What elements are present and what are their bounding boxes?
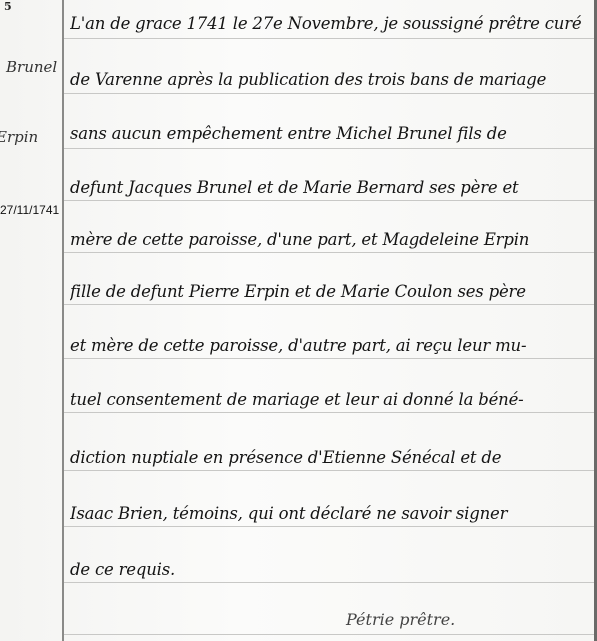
margin-groom-name: Brunel	[6, 58, 57, 76]
ruled-line	[64, 93, 594, 94]
priest-signature: Pétrie prêtre.	[346, 610, 455, 629]
text-line: defunt Jacques Brunel et de Marie Bernar…	[70, 178, 590, 197]
margin-bride-name: Erpin	[0, 128, 38, 146]
margin-rule	[62, 0, 64, 641]
ruled-line	[64, 470, 594, 471]
ruled-line	[64, 358, 594, 359]
text-line: fille de defunt Pierre Erpin et de Marie…	[70, 282, 590, 301]
ruled-line	[64, 634, 594, 635]
ruled-line	[64, 252, 594, 253]
text-line: Isaac Brien, témoins, qui ont déclaré ne…	[70, 504, 590, 523]
ruled-line	[64, 200, 594, 201]
ruled-line	[64, 304, 594, 305]
text-line: tuel consentement de mariage et leur ai …	[70, 390, 590, 409]
text-line: sans aucun empêchement entre Michel Brun…	[70, 124, 590, 143]
text-line: diction nuptiale en présence d'Etienne S…	[70, 448, 590, 467]
text-line: de ce requis.	[70, 560, 590, 579]
ruled-line	[64, 412, 594, 413]
record-date-label: 27/11/1741	[0, 203, 59, 217]
ruled-line	[64, 148, 594, 149]
ruled-line	[64, 526, 594, 527]
ruled-line	[64, 582, 594, 583]
register-page: 5 Brunel Erpin 27/11/1741 L'an de grace …	[0, 0, 597, 641]
text-line: de Varenne après la publication des troi…	[70, 70, 590, 89]
text-line: L'an de grace 1741 le 27e Novembre, je s…	[70, 14, 590, 33]
entry-number: 5	[4, 0, 12, 13]
text-line: mère de cette paroisse, d'une part, et M…	[70, 230, 590, 249]
text-line: et mère de cette paroisse, d'autre part,…	[70, 336, 590, 355]
ruled-line	[64, 38, 594, 39]
